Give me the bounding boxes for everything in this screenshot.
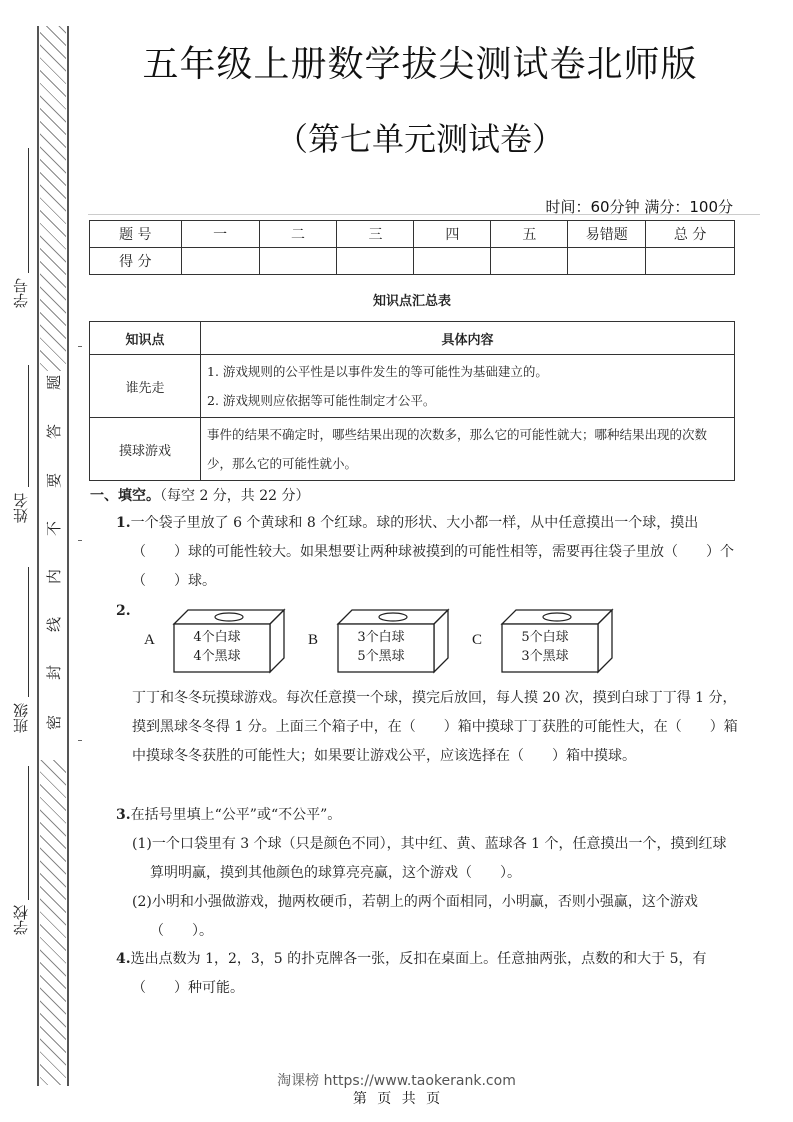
white-ball-count: 3个白球 xyxy=(348,628,414,647)
page-number: 第 页 共 页 xyxy=(0,1088,793,1108)
score-row-label: 得 分 xyxy=(90,248,182,275)
question-text: 选出点数为 1，2，3，5 的扑克牌各一张，反扣在桌面上。任意抽两张，点数的和大… xyxy=(131,951,707,996)
knowledge-table-header: 知识点 具体内容 xyxy=(90,322,735,355)
box-b: B 3个白球 5个黑球 xyxy=(308,606,458,676)
score-table-score-row: 得 分 xyxy=(90,248,735,275)
question-4: 4.选出点数为 1，2，3，5 的扑克牌各一张，反扣在桌面上。任意抽两张，点数的… xyxy=(116,945,738,1003)
seal-char: 内 xyxy=(43,569,64,584)
watermark: 淘课榜 https://www.taokerank.com xyxy=(0,1070,793,1090)
margin-tick xyxy=(78,346,82,347)
content-line: 事件的结果不确定时，哪些结果出现的次数多，那么它的可能性就大；哪种结果出现的次数… xyxy=(207,420,728,478)
margin-border-right xyxy=(67,26,69,1086)
header-cell: 一 xyxy=(181,221,259,248)
seal-char: 不 xyxy=(43,521,64,536)
header-cell: 三 xyxy=(337,221,414,248)
knowledge-table-caption: 知识点汇总表 xyxy=(89,290,735,309)
margin-border-left xyxy=(37,26,39,1086)
header-cell: 四 xyxy=(414,221,491,248)
seal-char: 线 xyxy=(43,617,64,632)
white-ball-count: 4个白球 xyxy=(184,628,250,647)
name-field[interactable] xyxy=(28,365,29,487)
school-field[interactable] xyxy=(28,766,29,900)
question-1: 1.一个袋子里放了 6 个黄球和 8 个红球。球的形状、大小都一样，从中任意摸出… xyxy=(116,509,738,596)
table-row: 谁先走 1. 游戏规则的公平性是以事件发生的等可能性为基础建立的。 2. 游戏规… xyxy=(90,355,735,418)
score-table-header-row: 题 号 一 二 三 四 五 易错题 总 分 xyxy=(90,221,735,248)
school-label: 学校 xyxy=(10,905,31,935)
content-line: 2. 游戏规则应依据等可能性制定才公平。 xyxy=(207,386,728,415)
knowledge-point-content: 1. 游戏规则的公平性是以事件发生的等可能性为基础建立的。 2. 游戏规则应依据… xyxy=(201,355,735,418)
question-text: 丁丁和冬冬玩摸球游戏。每次任意摸一个球，摸完后放回，每人摸 20 次，摸到白球丁… xyxy=(132,684,738,771)
header-cell: 二 xyxy=(259,221,337,248)
black-ball-count: 5个黑球 xyxy=(348,647,414,666)
question-3: 3.在括号里填上“公平”或“不公平”。 (1)一个口袋里有 3 个球（只是颜色不… xyxy=(116,801,738,946)
hatch-bottom xyxy=(40,760,66,1085)
student-id-field[interactable] xyxy=(28,148,29,273)
seal-char: 封 xyxy=(43,665,64,680)
score-cell[interactable] xyxy=(181,248,259,275)
section-scoring: （每空 2 分，共 22 分） xyxy=(160,488,310,504)
margin-tick xyxy=(78,740,82,741)
box-a: A 4个白球 4个黑球 xyxy=(144,606,294,676)
question-2: 丁丁和冬冬玩摸球游戏。每次任意摸一个球，摸完后放回，每人摸 20 次，摸到白球丁… xyxy=(132,684,738,771)
box-c: C 5个白球 3个黑球 xyxy=(472,606,622,676)
sub-question-2: (2)小明和小强做游戏，抛两枚硬币，若朝上的两个面相同，小明赢，否则小强赢，这个… xyxy=(116,888,738,946)
box-contents: 4个白球 4个黑球 xyxy=(184,628,250,666)
section-heading: 一、填空。（每空 2 分，共 22 分） xyxy=(90,485,310,505)
class-label: 班级 xyxy=(10,703,31,733)
score-cell[interactable] xyxy=(491,248,568,275)
question-text: 在括号里填上“公平”或“不公平”。 xyxy=(131,807,342,823)
question-number: 1. xyxy=(116,515,131,531)
section-title: 一、填空。 xyxy=(90,488,160,504)
header-cell: 易错题 xyxy=(568,221,646,248)
knowledge-point-name: 谁先走 xyxy=(90,355,201,418)
seal-char: 答 xyxy=(43,424,64,439)
box-contents: 3个白球 5个黑球 xyxy=(348,628,414,666)
question-number: 3. xyxy=(116,807,131,823)
hatch-top xyxy=(40,26,66,371)
box-label: A xyxy=(144,632,155,649)
box-label: C xyxy=(472,632,482,649)
name-label: 姓名 xyxy=(10,493,31,523)
student-id-label: 学号 xyxy=(10,278,31,308)
class-field[interactable] xyxy=(28,567,29,697)
knowledge-table: 知识点 具体内容 谁先走 1. 游戏规则的公平性是以事件发生的等可能性为基础建立… xyxy=(89,321,735,481)
question-number: 2. xyxy=(116,603,131,619)
black-ball-count: 4个黑球 xyxy=(184,647,250,666)
sub-question-1: (1)一个口袋里有 3 个球（只是颜色不同），其中红、黄、蓝球各 1 个，任意摸… xyxy=(116,830,738,888)
seal-char: 题 xyxy=(43,375,64,390)
white-ball-count: 5个白球 xyxy=(512,628,578,647)
margin-tick xyxy=(78,540,82,541)
question-text: 一个袋子里放了 6 个黄球和 8 个红球。球的形状、大小都一样，从中任意摸出一个… xyxy=(131,515,734,589)
column-header: 知识点 xyxy=(90,322,201,355)
score-cell[interactable] xyxy=(568,248,646,275)
question-number: 4. xyxy=(116,951,131,967)
table-row: 摸球游戏 事件的结果不确定时，哪些结果出现的次数多，那么它的可能性就大；哪种结果… xyxy=(90,418,735,481)
score-table: 题 号 一 二 三 四 五 易错题 总 分 得 分 xyxy=(89,220,735,275)
score-cell[interactable] xyxy=(646,248,735,275)
header-cell: 总 分 xyxy=(646,221,735,248)
page-title: 五年级上册数学拔尖测试卷北师版 xyxy=(80,36,760,87)
header-cell: 题 号 xyxy=(90,221,182,248)
box-contents: 5个白球 3个黑球 xyxy=(512,628,578,666)
black-ball-count: 3个黑球 xyxy=(512,647,578,666)
page-subtitle: （第七单元测试卷） xyxy=(80,114,760,160)
header-divider xyxy=(88,214,760,215)
score-cell[interactable] xyxy=(414,248,491,275)
knowledge-point-content: 事件的结果不确定时，哪些结果出现的次数多，那么它的可能性就大；哪种结果出现的次数… xyxy=(201,418,735,481)
box-label: B xyxy=(308,632,318,649)
score-cell[interactable] xyxy=(259,248,337,275)
seal-char: 要 xyxy=(43,473,64,488)
content-line: 1. 游戏规则的公平性是以事件发生的等可能性为基础建立的。 xyxy=(207,357,728,386)
seal-char: 密 xyxy=(43,715,64,730)
header-cell: 五 xyxy=(491,221,568,248)
knowledge-point-name: 摸球游戏 xyxy=(90,418,201,481)
score-cell[interactable] xyxy=(337,248,414,275)
column-header: 具体内容 xyxy=(201,322,735,355)
